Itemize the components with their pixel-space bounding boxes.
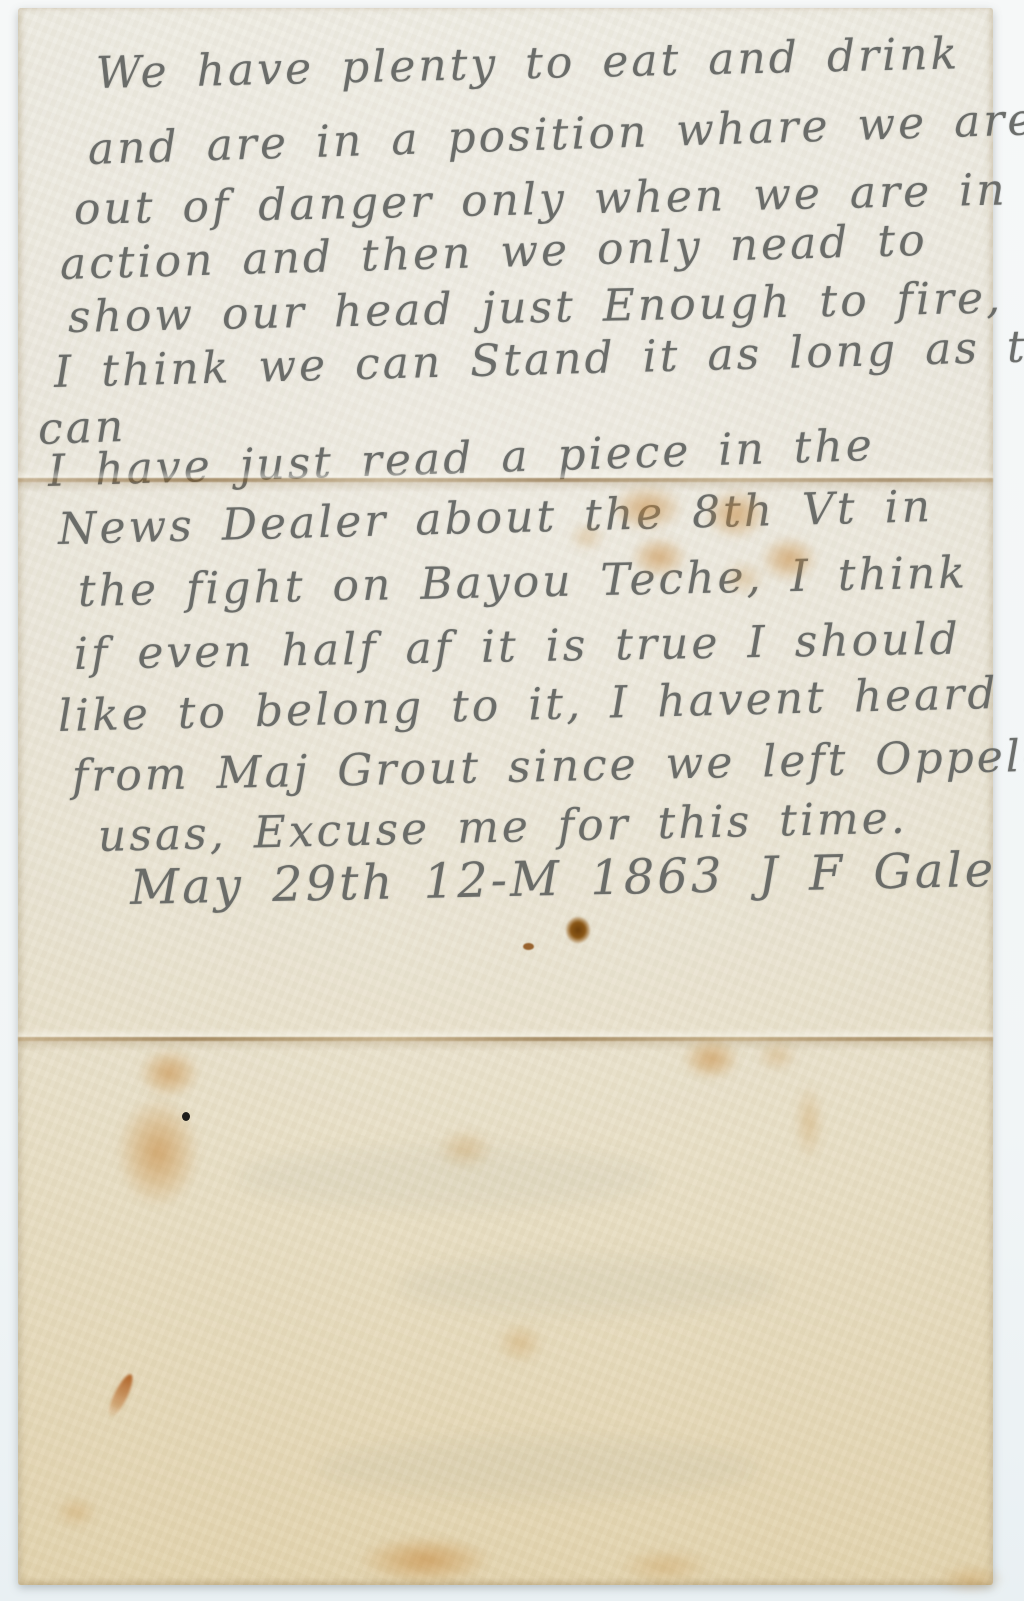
stain [794, 1082, 824, 1162]
stain [936, 1564, 1006, 1594]
stain [436, 1128, 494, 1170]
fold-crease [18, 478, 993, 482]
ink-speck [182, 1112, 190, 1121]
fold-crease [18, 1037, 993, 1041]
show-through-smudge [318, 1438, 758, 1498]
stain [54, 1496, 98, 1528]
stain [618, 1548, 712, 1584]
letter-page: We have plenty to eat and drink and are … [18, 8, 993, 1585]
show-through-smudge [238, 1148, 658, 1208]
scanned-letter-screenshot: { "letter": { "kind": "handwritten penci… [0, 0, 1024, 1601]
stain [358, 1536, 492, 1584]
letter-line: and are in a position whare we are [87, 94, 1024, 177]
signature-text: J F Gale [758, 842, 997, 905]
date-text: May 29th 12-M 1863 [129, 848, 725, 918]
ink-blob [565, 916, 591, 944]
stain [138, 1048, 200, 1098]
rust-streak [104, 1372, 137, 1421]
show-through-smudge [398, 1258, 778, 1313]
letter-line: We have plenty to eat and drink [95, 28, 960, 100]
letter-line: the fight on Bayou Teche, I think [77, 547, 968, 618]
ink-dot [523, 943, 534, 950]
stain [496, 1322, 544, 1364]
